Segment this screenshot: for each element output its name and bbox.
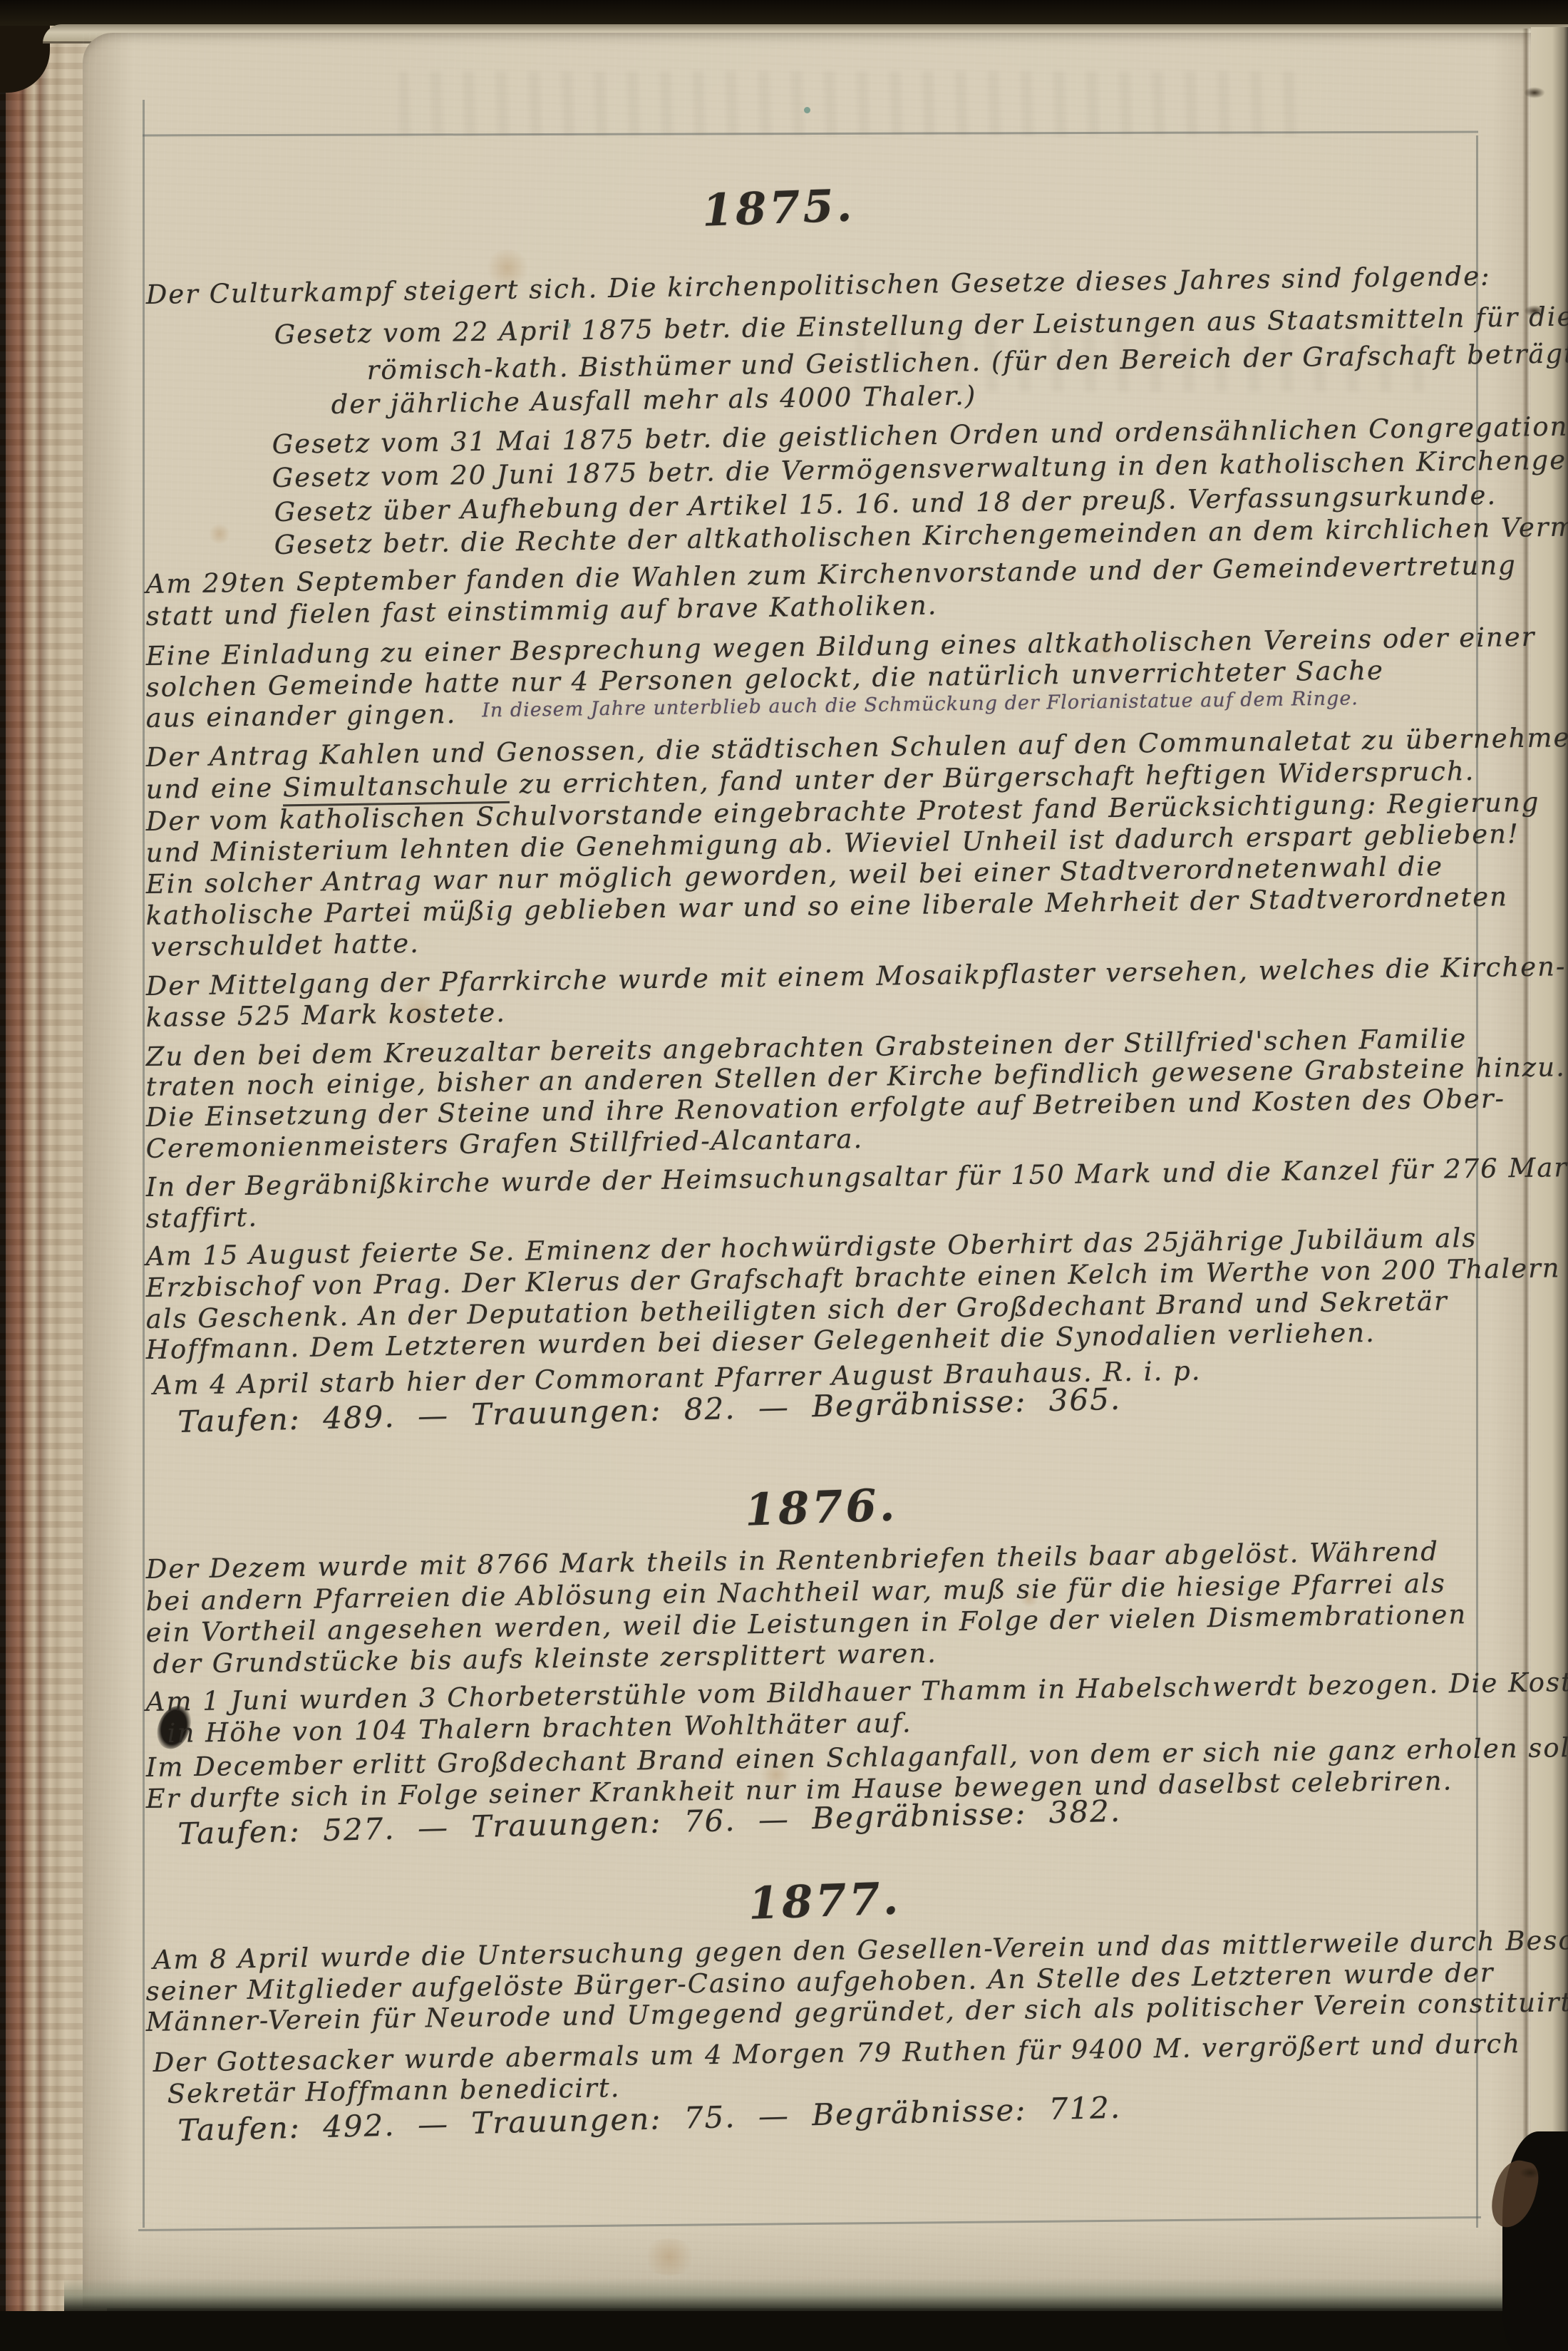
underlined-word: Simultanschule [283, 769, 510, 806]
background-top [0, 0, 1568, 26]
archival-book-scan: { "document": { "kind": "handwritten par… [0, 0, 1568, 2351]
section-heading-1876: 1876. [744, 1478, 899, 1535]
section-heading-1877: 1877. [748, 1872, 902, 1929]
manuscript-line: staffirt. [145, 1202, 258, 1234]
line-main-text: und eine [145, 772, 283, 805]
fold-notch [1520, 2167, 1541, 2178]
page-bottom-deckle-edge [64, 2278, 1568, 2315]
section-heading-1875: 1875. [701, 179, 856, 236]
teal-speck [804, 107, 810, 113]
fold-notch [1524, 87, 1545, 98]
manuscript-line: kasse 525 Mark kostete. [145, 997, 506, 1033]
background-bottom [0, 2311, 1568, 2351]
line-main-text: aus einander gingen. [145, 699, 456, 734]
ruled-frame-left [143, 100, 145, 2228]
manuscript-line: verschuldet hatte. [150, 928, 420, 962]
